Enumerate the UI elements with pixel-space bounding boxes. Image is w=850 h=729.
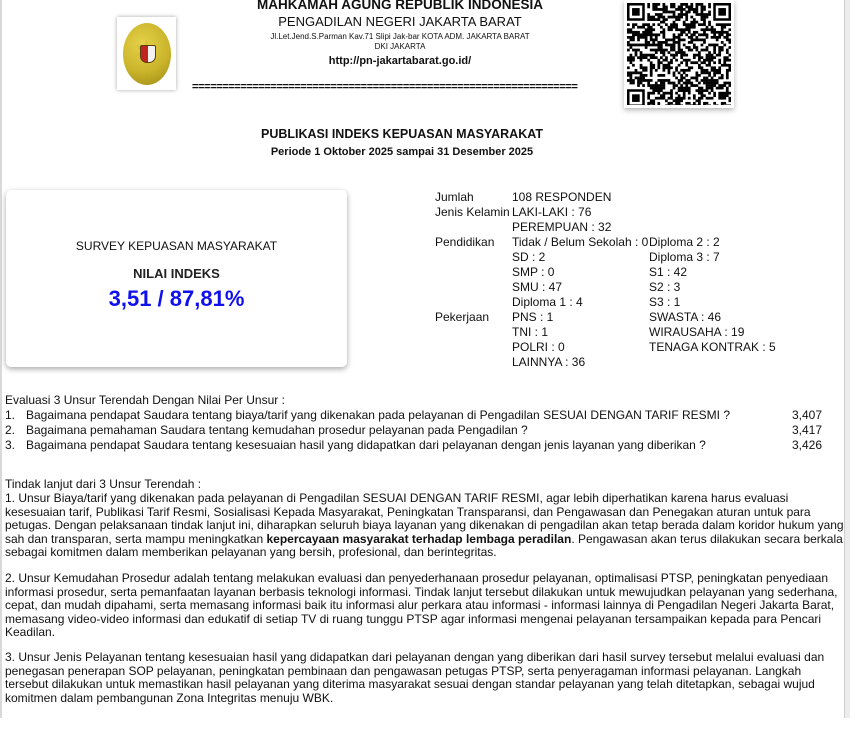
education-item: SMU : 47 [512, 280, 562, 295]
followup-paragraph-1: 1. Unsur Biaya/tarif yang dikenakan pada… [5, 492, 847, 560]
job-item: POLRI : 0 [512, 340, 565, 355]
index-label: NILAI INDEKS [6, 266, 347, 281]
header-separator: ========================================… [192, 81, 612, 93]
job-item: PNS : 1 [512, 310, 553, 325]
followup-paragraph-2: 2. Unsur Kemudahan Prosedur adalah tenta… [5, 572, 847, 640]
item-question: Bagaimana pemahaman Saudara tentang kemu… [26, 423, 528, 438]
address-line-1: Jl.Let.Jend.S.Parman Kav.71 Slipi Jak-ba… [242, 32, 558, 42]
scrollbar[interactable] [844, 0, 850, 718]
education-item: Diploma 1 : 4 [512, 295, 583, 310]
job-item: SWASTA : 46 [649, 310, 721, 325]
item-score: 3,407 [792, 408, 822, 423]
followup-heading: Tindak lanjut dari 3 Unsur Terendah : [5, 478, 847, 492]
item-score: 3,417 [792, 423, 822, 438]
job-item: TENAGA KONTRAK : 5 [649, 340, 776, 355]
gender-female: PEREMPUAN : 32 [512, 220, 611, 235]
court-name: PENGADILAN NEGERI JAKARTA BARAT [242, 14, 558, 29]
education-label: Pendidikan [435, 235, 494, 250]
page-title: PUBLIKASI INDEKS KEPUASAN MASYARAKAT [202, 127, 602, 141]
address-line-2: DKI JAKARTA [242, 42, 558, 52]
item-score: 3,426 [792, 438, 822, 453]
court-seal-logo [117, 17, 176, 90]
paragraph-emphasis: kepercayaan masyarakat terhadap lembaga … [266, 532, 571, 546]
jumlah-label: Jumlah [435, 190, 474, 205]
court-seal-icon [123, 23, 171, 85]
evaluation-item: 1.Bagaimana pendapat Saudara tentang bia… [5, 408, 845, 423]
court-address: Jl.Let.Jend.S.Parman Kav.71 Slipi Jak-ba… [242, 32, 558, 52]
period-subtitle: Periode 1 Oktober 2025 sampai 31 Desembe… [202, 146, 602, 158]
education-item: S2 : 3 [649, 280, 680, 295]
index-card: SURVEY KEPUASAN MASYARAKAT NILAI INDEKS … [6, 190, 347, 367]
followup-paragraph-3: 3. Unsur Jenis Pelayanan tentang kesesua… [5, 651, 847, 705]
item-number: 1. [5, 408, 15, 423]
education-item: S3 : 1 [649, 295, 680, 310]
job-item: LAINNYA : 36 [512, 355, 585, 370]
evaluation-item: 2.Bagaimana pemahaman Saudara tentang ke… [5, 423, 845, 438]
website-link[interactable]: http://pn-jakartabarat.go.id/ [242, 55, 558, 67]
evaluation-item: 3.Bagaimana pendapat Saudara tentang kes… [5, 438, 845, 453]
item-number: 2. [5, 423, 15, 438]
gender-label: Jenis Kelamin [435, 205, 510, 220]
job-item: TNI : 1 [512, 325, 548, 340]
education-item: SD : 2 [512, 250, 545, 265]
document-page: MAHKAMAH AGUNG REPUBLIK INDONESIA PENGAD… [0, 0, 846, 718]
survey-label: SURVEY KEPUASAN MASYARAKAT [6, 239, 347, 253]
education-item: Tidak / Belum Sekolah : 0 [512, 235, 648, 250]
evaluation-heading: Evaluasi 3 Unsur Terendah Dengan Nilai P… [5, 393, 845, 408]
education-item: SMP : 0 [512, 265, 554, 280]
gender-male: LAKI-LAKI : 76 [512, 205, 591, 220]
item-question: Bagaimana pendapat Saudara tentang keses… [26, 438, 706, 453]
jumlah-value: 108 RESPONDEN [512, 190, 611, 205]
evaluation-section: Evaluasi 3 Unsur Terendah Dengan Nilai P… [5, 393, 845, 453]
item-question: Bagaimana pendapat Saudara tentang biaya… [26, 408, 730, 423]
org-name: MAHKAMAH AGUNG REPUBLIK INDONESIA [242, 0, 558, 12]
education-item: Diploma 3 : 7 [649, 250, 720, 265]
education-item: Diploma 2 : 2 [649, 235, 720, 250]
qr-code [624, 0, 734, 108]
qr-code-icon [627, 3, 731, 105]
index-value: 3,51 / 87,81% [6, 286, 347, 312]
job-label: Pekerjaan [435, 310, 489, 325]
job-item: WIRAUSAHA : 19 [649, 325, 744, 340]
education-item: S1 : 42 [649, 265, 687, 280]
item-number: 3. [5, 438, 15, 453]
